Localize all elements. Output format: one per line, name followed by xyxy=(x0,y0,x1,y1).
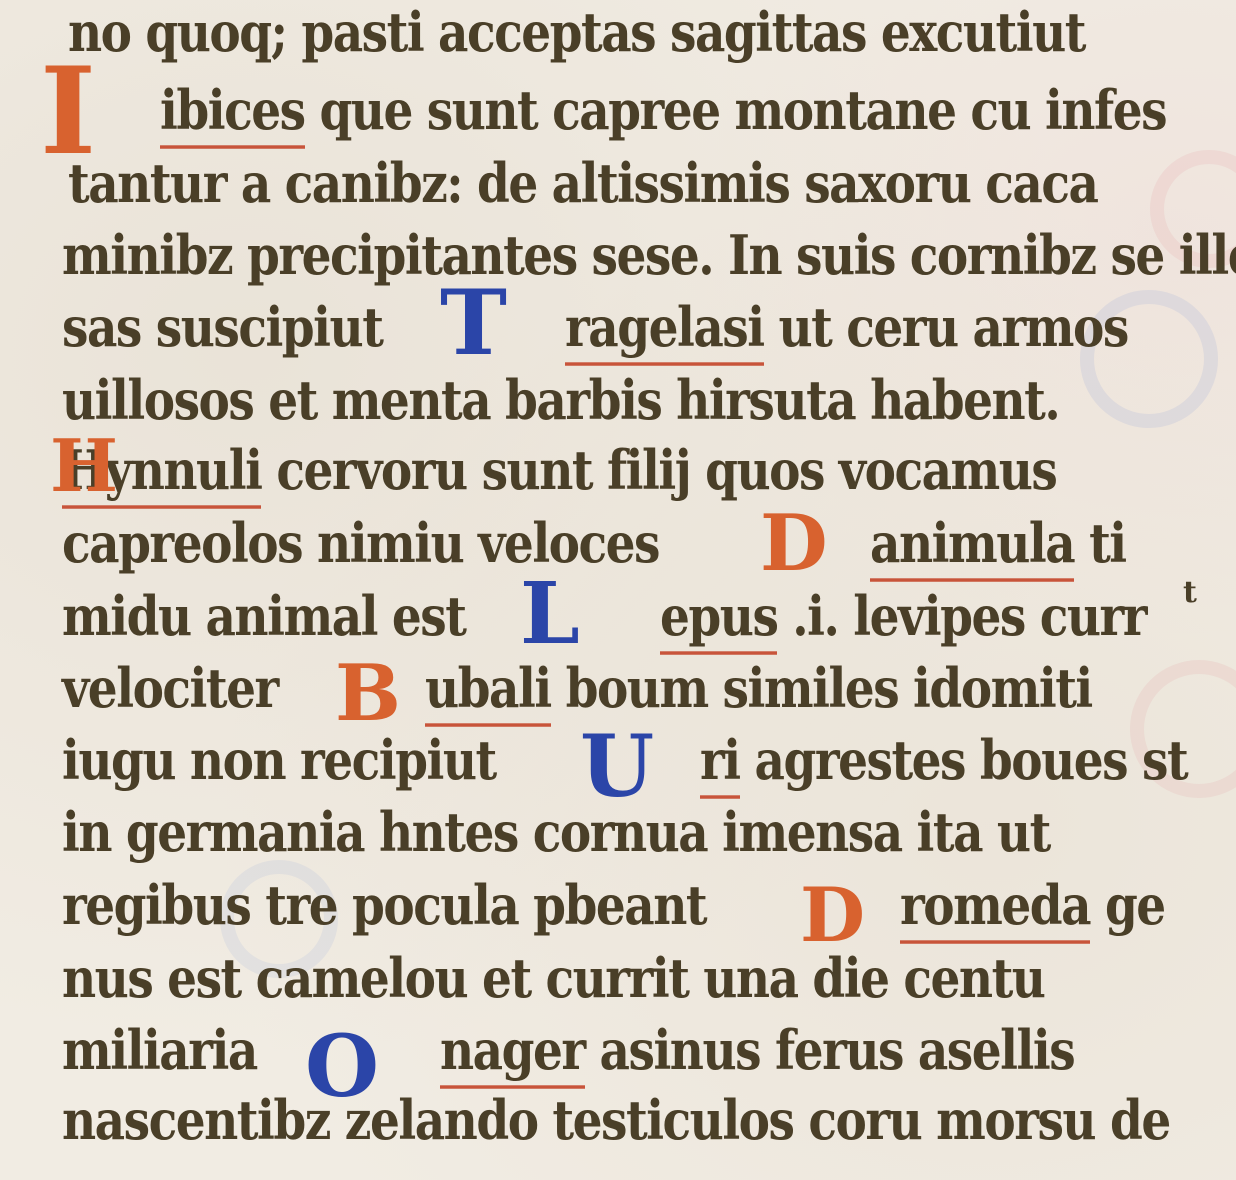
rubricated-word: ubali xyxy=(425,658,551,727)
text-line: romeda ge xyxy=(900,875,1165,938)
blue-initial-t: T xyxy=(440,278,507,368)
text-line: epus .i. levipes curr xyxy=(660,586,1146,649)
line-text: agrestes boues st xyxy=(755,730,1188,793)
rubricated-word: ibices xyxy=(160,80,305,149)
text-line: nus est camelou et currit una die centu xyxy=(62,948,1044,1011)
line-text: que sunt capree montane cu infes xyxy=(319,80,1166,143)
text-line: nager asinus ferus asellis xyxy=(440,1020,1074,1083)
line-text: ti xyxy=(1089,513,1126,576)
text-line: ibices que sunt capree montane cu infes xyxy=(160,80,1166,143)
line-text: uillosos et menta barbis hirsuta habent. xyxy=(62,370,1059,433)
rubricated-word: animula xyxy=(870,513,1074,582)
text-line: no quoq; pasti acceptas sagittas excutiu… xyxy=(68,2,1085,65)
red-initial-d: D xyxy=(760,505,828,583)
line-text: nus est camelou et currit una die centu xyxy=(62,948,1044,1011)
text-line: iugu non recipiut xyxy=(62,730,496,793)
manuscript-page: no quoq; pasti acceptas sagittas excutiu… xyxy=(0,0,1236,1180)
marginal-note: t xyxy=(1183,575,1197,610)
rubricated-word: nager xyxy=(440,1020,585,1089)
rubricated-word: ragelasi xyxy=(565,297,764,366)
text-line: animula ti xyxy=(870,513,1126,576)
text-line: ragelasi ut ceru armos xyxy=(565,297,1128,360)
line-text: boum similes idomiti xyxy=(566,658,1092,721)
line-text: asinus ferus asellis xyxy=(600,1020,1075,1083)
line-text: miliaria xyxy=(62,1020,257,1083)
text-line: ri agrestes boues st xyxy=(700,730,1187,793)
line-text: minibz precipitantes sese. In suis corni… xyxy=(62,225,1236,288)
text-line: miliaria xyxy=(62,1020,257,1083)
text-line: regibus tre pocula pbeant xyxy=(62,875,706,938)
text-line: ubali boum similes idomiti xyxy=(425,658,1092,721)
line-text: regibus tre pocula pbeant xyxy=(62,875,706,938)
red-initial-d: D xyxy=(800,878,865,953)
red-initial-i: I xyxy=(40,52,96,172)
line-text: ut ceru armos xyxy=(778,297,1127,360)
line-text: nascentibz zelando testiculos coru morsu… xyxy=(62,1090,1170,1153)
text-line: sas suscipiut xyxy=(62,297,382,360)
line-text: tantur a canibz: de altissimis saxoru ca… xyxy=(68,153,1097,216)
blue-initial-l: L xyxy=(520,572,580,657)
rubricated-word: romeda xyxy=(900,875,1090,944)
line-text: ge xyxy=(1105,875,1165,938)
line-text: cervoru sunt filij quos vocamus xyxy=(276,440,1056,503)
text-line: tantur a canibz: de altissimis saxoru ca… xyxy=(68,153,1097,216)
line-text: iugu non recipiut xyxy=(62,730,496,793)
text-line: minibz precipitantes sese. In suis corni… xyxy=(62,225,1236,288)
line-text: in germania hntes cornua imensa ita ut xyxy=(62,802,1050,865)
text-line: nascentibz zelando testiculos coru morsu… xyxy=(62,1090,1170,1153)
line-text: midu animal est xyxy=(62,586,465,649)
line-text: .i. levipes curr xyxy=(792,586,1146,649)
blue-initial-o: O xyxy=(305,1025,379,1110)
line-text: velociter xyxy=(62,658,278,721)
red-initial-b: B xyxy=(335,655,401,733)
line-text: sas suscipiut xyxy=(62,297,382,360)
text-line: velociter xyxy=(62,658,278,721)
text-line: Hynnuli cervoru sunt filij quos vocamus xyxy=(62,440,1056,503)
line-text: no quoq; pasti acceptas sagittas excutiu… xyxy=(68,2,1085,65)
blue-initial-u: U xyxy=(580,725,654,810)
text-line: in germania hntes cornua imensa ita ut xyxy=(62,802,1050,865)
text-line: midu animal est xyxy=(62,586,465,649)
rubricated-word: epus xyxy=(660,586,777,655)
rubricated-word: ri xyxy=(700,730,740,799)
red-initial-h: H xyxy=(50,430,118,502)
text-line: uillosos et menta barbis hirsuta habent. xyxy=(62,370,1059,433)
